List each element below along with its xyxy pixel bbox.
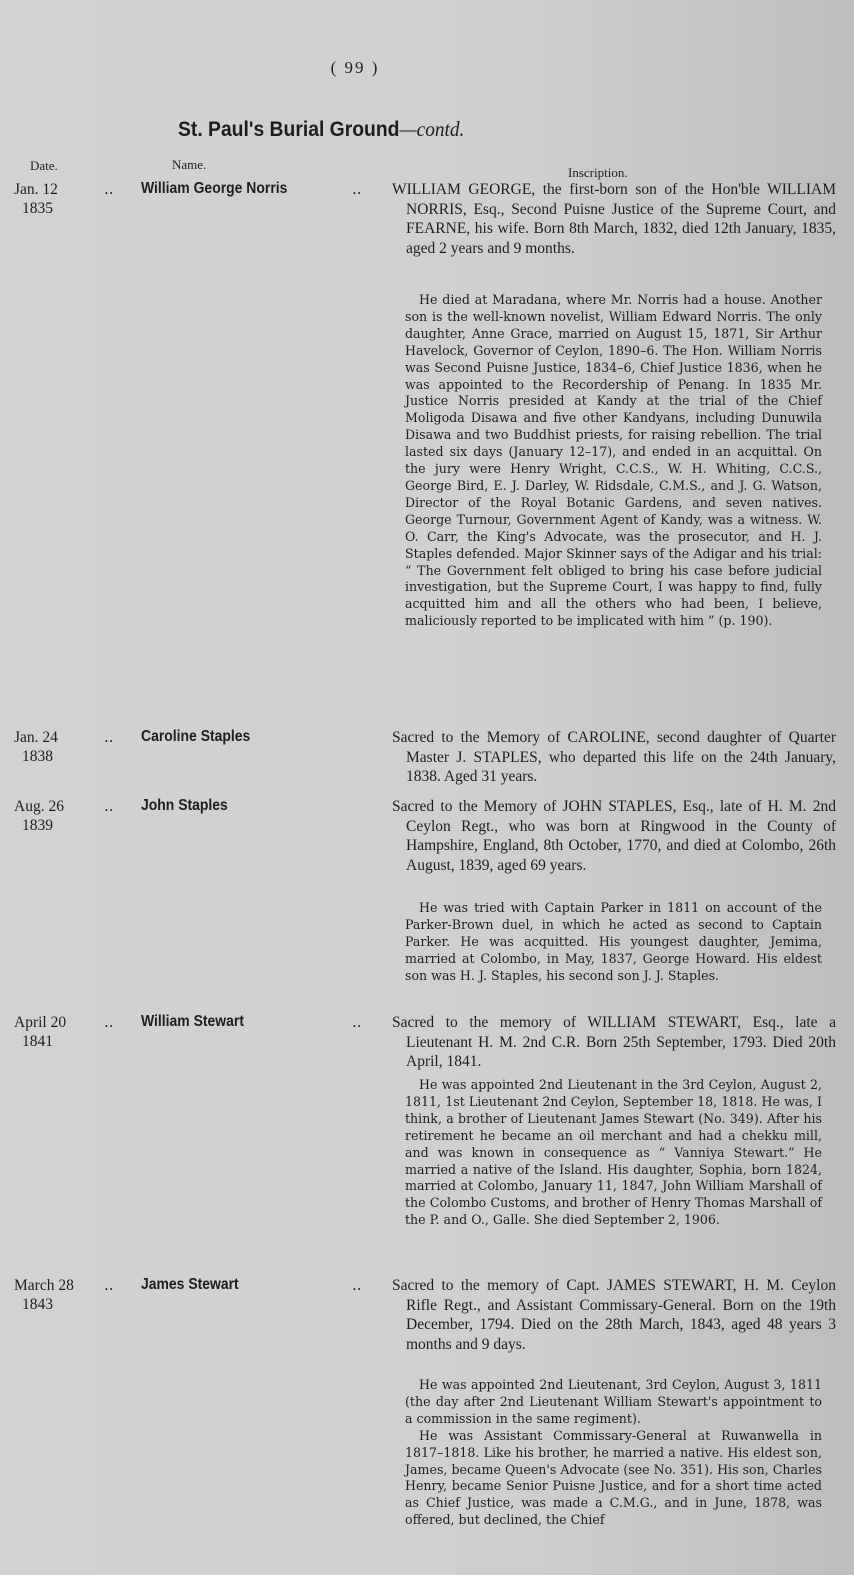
column-header-date: Date. — [30, 158, 58, 174]
entry-name: James Stewart — [141, 1276, 239, 1294]
leader-dots: .. — [352, 180, 362, 198]
leader-dots: .. — [104, 180, 114, 198]
leader-dots: .. — [104, 728, 114, 746]
entry-name: Caroline Staples — [141, 728, 250, 746]
entry-inscription: Sacred to the Memory of CAROLINE, second… — [392, 728, 836, 787]
column-header-inscription: Inscription. — [568, 165, 628, 181]
page-title: St. Paul's Burial Ground—contd. — [178, 117, 464, 142]
entry-note: He was appointed 2nd Lieutenant, 3rd Cey… — [405, 1377, 822, 1529]
entry-name: John Staples — [141, 797, 228, 815]
page-number: ( 99 ) — [0, 58, 710, 78]
entry-inscription: Sacred to the Memory of JOHN STAPLES, Es… — [392, 797, 836, 875]
entry-inscription: Sacred to the memory of Capt. JAMES STEW… — [392, 1276, 836, 1354]
entry-note: He died at Maradana, where Mr. Norris ha… — [405, 292, 822, 630]
leader-dots: .. — [104, 1276, 114, 1294]
title-contd: —contd. — [399, 117, 464, 141]
leader-dots: .. — [352, 1013, 362, 1031]
column-header-name: Name. — [172, 157, 206, 173]
entry-date: Jan. 241838 — [14, 728, 94, 766]
leader-dots: .. — [104, 797, 114, 815]
entry-inscription: Sacred to the memory of WILLIAM STEWART,… — [392, 1013, 836, 1072]
entry-note: He was tried with Captain Parker in 1811… — [405, 900, 822, 985]
entry-date: April 201841 — [14, 1013, 94, 1051]
entry-note: He was appointed 2nd Lieutenant in the 3… — [405, 1077, 822, 1229]
leader-dots: .. — [104, 1013, 114, 1031]
leader-dots: .. — [352, 1276, 362, 1294]
entry-date: Jan. 121835 — [14, 180, 94, 218]
title-main: St. Paul's Burial Ground — [178, 118, 399, 141]
entry-name: William George Norris — [141, 180, 287, 198]
entry-date: Aug. 261839 — [14, 797, 94, 835]
entry-date: March 281843 — [14, 1276, 94, 1314]
entry-name: William Stewart — [141, 1013, 244, 1031]
entry-inscription: WILLIAM GEORGE, the first-born son of th… — [392, 180, 836, 258]
